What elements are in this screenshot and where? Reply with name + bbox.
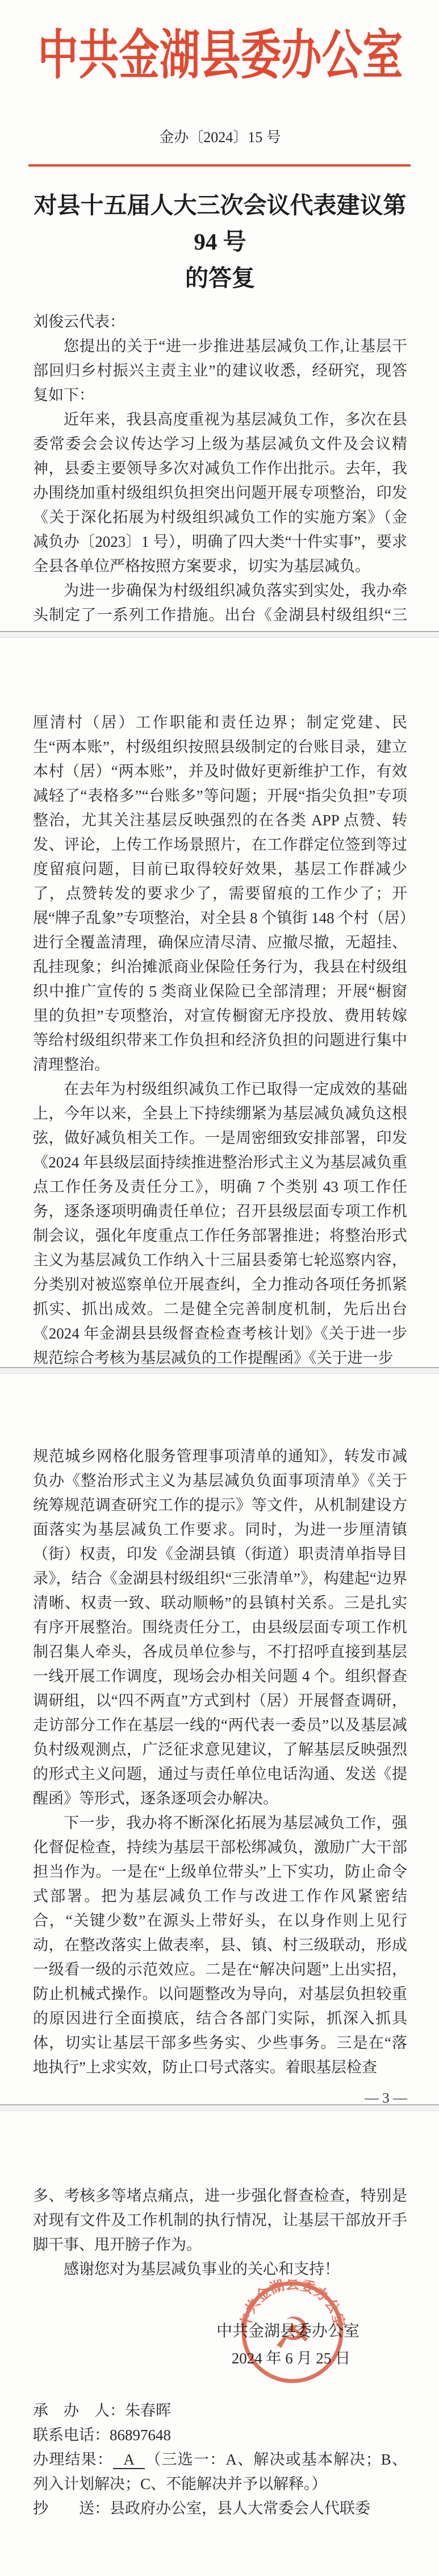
scanned-official-document: 中共金湖县委办公室 金办〔2024〕15 号 对县十五届人大三次会议代表建议第 … <box>0 0 439 2576</box>
undertaker-value: 朱春晖 <box>125 2402 171 2419</box>
result-line: 办理结果：A（三选一：A、解决或基本解决；B、列入计划解决；C、不能解决并予以解… <box>33 2448 407 2496</box>
letterhead: 中共金湖县委办公室 <box>37 26 403 86</box>
cc-label: 抄 送： <box>33 2500 110 2517</box>
cc-line: 抄 送：县政府办公室，县人大常委会人代联委 <box>33 2496 407 2521</box>
page-3-body: 规范城乡网格化服务管理事项清单的通知》，转发市减负办《整治形式主义为基层减负负面… <box>33 1444 407 2080</box>
paragraph-this-year: 在去年为村级组织减负工作已取得一定成效的基础上，今年以来，全县上下持续绷紧为基层… <box>33 1077 407 1367</box>
page-1-body: 刘俊云代表： 您提出的关于“进一步推进基层减负工作,让基层干部回归乡村振兴主责主… <box>33 310 407 631</box>
undertaker-line: 承 办 人：朱春晖 <box>33 2399 407 2423</box>
paragraph-measures: 为进一步确保为村级组织减负落实到实处，我办牵头制定了一系列工作措施。出台《金湖县… <box>33 579 407 631</box>
page-2-body: 厘清村（居）工作职能和责任边界；制定党建、民生“两本账”，村级组织按照县级制定的… <box>33 711 407 1367</box>
paragraph-recent-work: 近年来，我县高度重视为基层减负工作，多次在县委常委会会议传达学习上级为基层减负文… <box>33 408 407 579</box>
page-3: 规范城乡网格化服务管理事项清单的通知》，转发市减负办《整治形式主义为基层减负负面… <box>0 1374 439 2104</box>
doc-number: 金办〔2024〕15 号 <box>33 128 407 147</box>
page-separator <box>0 631 439 638</box>
paragraph-next-steps: 下一步，我办将不断深化拓展为基层减负工作，强化督促检查，持续为基层干部松绑减负，… <box>33 1811 407 2080</box>
undertaker-label: 承 办 人： <box>33 2402 125 2419</box>
document-footer: 承 办 人：朱春晖 联系电话：86897648 办理结果：A（三选一：A、解决或… <box>33 2399 407 2521</box>
signature-date: 2024 年 6 月 25 日 <box>232 2348 350 2369</box>
title-line-1: 对县十五届人大三次会议代表建议第 94 号 <box>34 192 407 255</box>
continuation-paragraph: 厘清村（居）工作职能和责任边界；制定党建、民生“两本账”，村级组织按照县级制定的… <box>33 711 407 1077</box>
result-label: 办理结果： <box>33 2451 113 2468</box>
page-2: 厘清村（居）工作职能和责任边界；制定党建、民生“两本账”，村级组织按照县级制定的… <box>0 638 439 1367</box>
phone-line: 联系电话：86897648 <box>33 2423 407 2448</box>
continuation-paragraph: 多、考核多等堵点痛点，进一步强化督查检查，特别是对现有文件及工作机制的执行情况，… <box>33 2184 407 2257</box>
continuation-paragraph: 规范城乡网格化服务管理事项清单的通知》，转发市减负办《整治形式主义为基层减负负面… <box>33 1444 407 1811</box>
page-separator <box>0 1367 439 1374</box>
cc-value: 县政府办公室，县人大常委会人代联委 <box>110 2500 370 2517</box>
page-1: 中共金湖县委办公室 金办〔2024〕15 号 对县十五届人大三次会议代表建议第 … <box>0 0 439 631</box>
paragraph-intro: 您提出的关于“进一步推进基层减负工作,让基层干部回归乡村振兴主责主业”的建议收悉… <box>33 334 407 408</box>
salutation: 刘俊云代表： <box>33 310 407 334</box>
title-line-2: 的答复 <box>185 265 255 291</box>
page-number-3: — 3 — <box>33 2089 407 2104</box>
phone-label: 联系电话： <box>33 2427 110 2444</box>
letterhead-row: 中共金湖县委办公室 <box>33 26 407 86</box>
page-4: 多、考核多等堵点痛点，进一步强化督查检查，特别是对现有文件及工作机制的执行情况，… <box>0 2111 439 2576</box>
page-separator <box>0 2104 439 2111</box>
page-4-body: 多、考核多等堵点痛点，进一步强化督查检查，特别是对现有文件及工作机制的执行情况，… <box>33 2184 407 2282</box>
signature-organization: 中共金湖县委办公室 <box>216 2320 359 2343</box>
result-value: A <box>113 2451 145 2469</box>
paragraph-thanks: 感谢您对为基层减负事业的关心和支持！ <box>33 2257 407 2282</box>
red-divider <box>28 164 411 167</box>
doc-title: 对县十五届人大三次会议代表建议第 94 号的答复 <box>33 187 407 296</box>
phone-value: 86897648 <box>110 2427 171 2444</box>
